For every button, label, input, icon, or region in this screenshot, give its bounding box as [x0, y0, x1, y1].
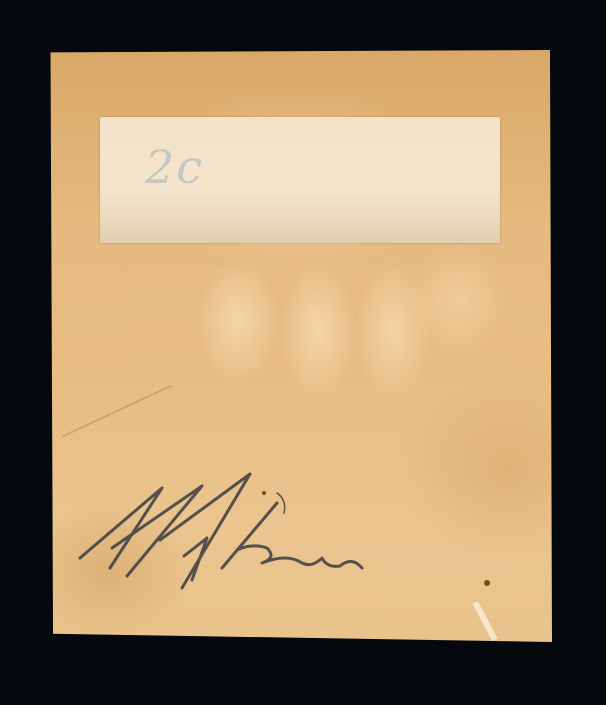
foxing-spot: [484, 580, 490, 586]
foxing-spot: [262, 491, 266, 495]
expert-signature: [72, 468, 382, 593]
hinge-pencil-mark: 2c: [145, 140, 204, 194]
